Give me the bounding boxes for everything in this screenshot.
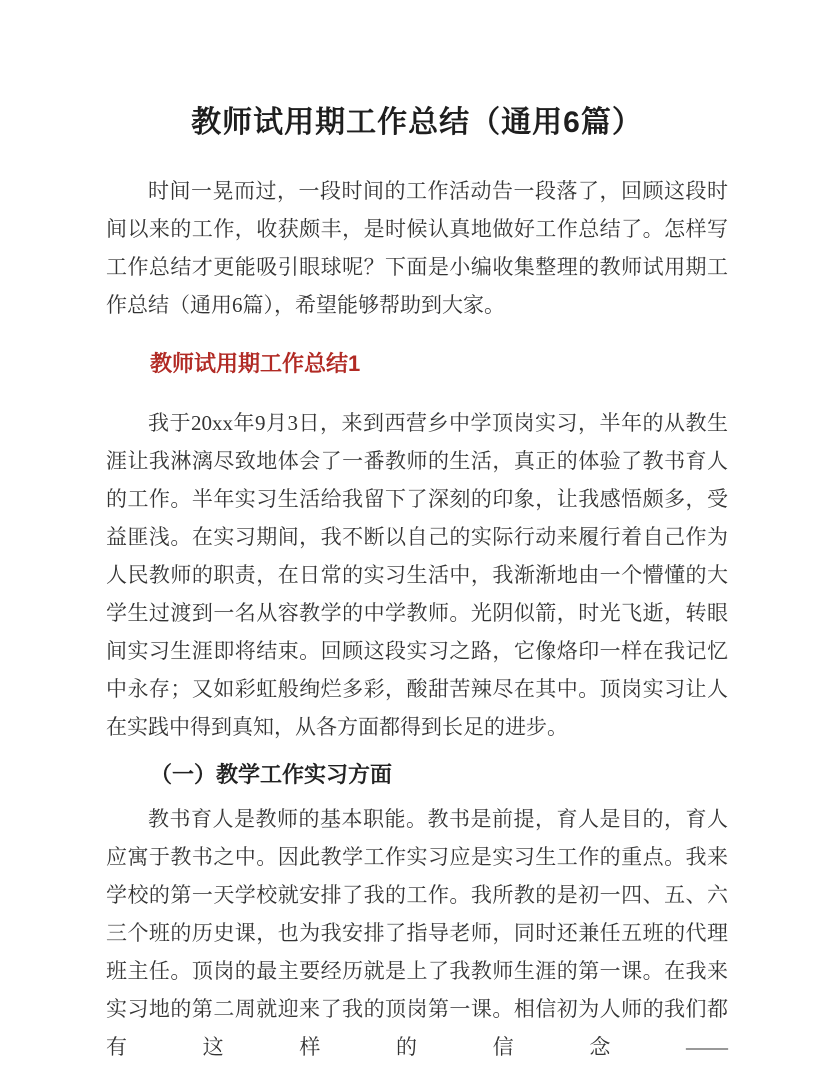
sub-heading: （一）教学工作实习方面 <box>106 758 728 792</box>
document-page: 教师试用期工作总结（通用6篇） 时间一晃而过，一段时间的工作活动告一段落了，回顾… <box>0 0 834 1080</box>
section-paragraph-2: 教书育人是教师的基本职能。教书是前提，育人是目的，育人应寓于教书之中。因此教学工… <box>106 800 728 1066</box>
intro-paragraph: 时间一晃而过，一段时间的工作活动告一段落了，回顾这段时间以来的工作，收获颇丰，是… <box>106 172 728 324</box>
document-title: 教师试用期工作总结（通用6篇） <box>106 102 728 144</box>
section-heading: 教师试用期工作总结1 <box>106 348 728 380</box>
section-paragraph-1: 我于20xx年9月3日，来到西营乡中学顶岗实习，半年的从教生涯让我淋漓尽致地体会… <box>106 404 728 746</box>
